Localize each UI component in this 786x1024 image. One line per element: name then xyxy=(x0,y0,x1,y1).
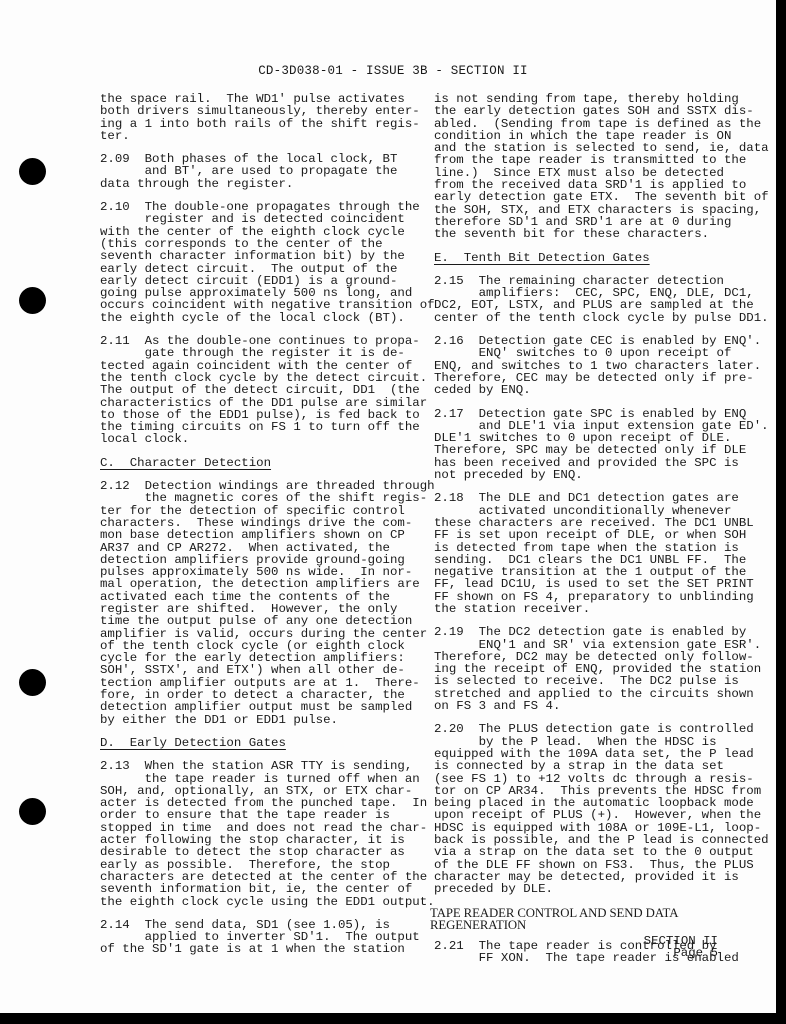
text-line: register and is detected coincident xyxy=(100,213,418,225)
text-line: the station receiver. xyxy=(434,603,756,615)
text-line: (see FS 1) to +12 volts dc through a res… xyxy=(434,773,756,785)
text-line: 2.20 The PLUS detection gate is controll… xyxy=(434,723,756,735)
paragraph-2-09: 2.09 Both phases of the local clock, BT … xyxy=(100,153,418,190)
section-heading: E. Tenth Bit Detection Gates xyxy=(434,252,756,264)
text-line: detection amplifier output must be sampl… xyxy=(100,701,418,713)
paragraph-2-15: 2.15 The remaining character detection a… xyxy=(434,275,756,324)
punch-hole-icon xyxy=(19,798,46,825)
text-line: both drivers simultaneously, thereby ent… xyxy=(100,105,418,117)
text-line: the seventh bit for these characters. xyxy=(434,228,756,240)
section-heading: D. Early Detection Gates xyxy=(100,737,418,749)
text-line: occurs coincident with negative transiti… xyxy=(100,299,418,311)
text-line: the magnetic cores of the shift regis- xyxy=(100,492,418,504)
text-line: mal operation, the detection amplifiers … xyxy=(100,578,418,590)
text-line: local clock. xyxy=(100,433,418,445)
text-line: data through the register. xyxy=(100,178,418,190)
text-line: by either the DD1 or EDD1 pulse. xyxy=(100,714,418,726)
text-line: the early detection gates SOH and SSTX d… xyxy=(434,105,756,117)
paragraph-continued: the space rail. The WD1' pulse activates… xyxy=(100,93,418,142)
text-line: ter. xyxy=(100,130,418,142)
document-page: CD-3D038-01 - ISSUE 3B - SECTION II the … xyxy=(0,0,776,1013)
text-line: ENQ' switches to 0 upon receipt of xyxy=(434,347,756,359)
text-line: on FS 3 and FS 4. xyxy=(434,700,756,712)
right-column: is not sending from tape, thereby holdin… xyxy=(434,93,756,976)
text-line: is detected from tape when the station i… xyxy=(434,542,756,554)
text-line: FF, lead DC1U, is used to set the SET PR… xyxy=(434,578,756,590)
text-line: upon receipt of PLUS (+). However, when … xyxy=(434,809,756,821)
punch-hole-icon xyxy=(19,669,46,696)
text-line: Therefore, SPC may be detected only if D… xyxy=(434,444,756,456)
text-line: is connected by a strap in the data set xyxy=(434,760,756,772)
text-line: the eighth clock cycle using the EDD1 ou… xyxy=(100,896,418,908)
text-line: seventh information bit, ie, the center … xyxy=(100,883,418,895)
text-line: mon base detection amplifiers shown on C… xyxy=(100,529,418,541)
paragraph-continued: is not sending from tape, thereby holdin… xyxy=(434,93,756,241)
footer-page-number: Page 5 xyxy=(644,947,718,959)
left-column: the space rail. The WD1' pulse activates… xyxy=(100,93,418,967)
text-line: characteristics of the DD1 pulse are sim… xyxy=(100,397,418,409)
text-line: ing a 1 into both rails of the shift reg… xyxy=(100,118,418,130)
section-heading-text: TAPE READER CONTROL AND SEND DATA REGENE… xyxy=(430,906,678,932)
paragraph-2-17: 2.17 Detection gate SPC is enabled by EN… xyxy=(434,408,756,482)
text-line: early detection gate ETX. The seventh bi… xyxy=(434,191,756,203)
paragraph-2-18: 2.18 The DLE and DC1 detection gates are… xyxy=(434,492,756,615)
paragraph-2-16: 2.16 Detection gate CEC is enabled by EN… xyxy=(434,335,756,396)
text-line: from the tape reader is transmitted to t… xyxy=(434,154,756,166)
text-line: not preceded by ENQ. xyxy=(434,469,756,481)
text-line: preceded by DLE. xyxy=(434,883,756,895)
section-heading-text: C. Character Detection xyxy=(100,456,271,470)
text-line: 2.17 Detection gate SPC is enabled by EN… xyxy=(434,408,756,420)
text-line: 2.18 The DLE and DC1 detection gates are xyxy=(434,492,756,504)
section-heading: TAPE READER CONTROL AND SEND DATA REGENE… xyxy=(430,907,756,932)
section-heading: C. Character Detection xyxy=(100,457,418,469)
paragraph-2-12: 2.12 Detection windings are threaded thr… xyxy=(100,480,418,726)
punch-hole-icon xyxy=(19,287,46,314)
paragraph-2-13: 2.13 When the station ASR TTY is sending… xyxy=(100,760,418,908)
paragraph-2-19: 2.19 The DC2 detection gate is enabled b… xyxy=(434,626,756,712)
text-line: of the SD'1 gate is at 1 when the statio… xyxy=(100,943,418,955)
punch-hole-icon xyxy=(19,158,46,185)
text-line: seventh character information bit) by th… xyxy=(100,250,418,262)
text-line: the tape reader is turned off when an xyxy=(100,773,418,785)
text-line: SOH', SSTX', and ETX') when all other de… xyxy=(100,664,418,676)
text-line: AR37 and CP AR272. When activated, the xyxy=(100,542,418,554)
text-line: order to ensure that the tape reader is xyxy=(100,809,418,821)
text-line: FF is set upon receipt of DLE, or when S… xyxy=(434,529,756,541)
text-line: time the output pulse of any one detecti… xyxy=(100,615,418,627)
text-line: and BT', are used to propagate the xyxy=(100,165,418,177)
text-line: The output of the detect circuit, DD1 (t… xyxy=(100,384,418,396)
text-line: via a strap on the data set to the 0 out… xyxy=(434,846,756,858)
paragraph-2-14: 2.14 The send data, SD1 (see 1.05), is a… xyxy=(100,919,418,956)
paragraph-2-11: 2.11 As the double-one continues to prop… xyxy=(100,335,418,446)
text-line: center of the tenth clock cycle by pulse… xyxy=(434,312,756,324)
page-header: CD-3D038-01 - ISSUE 3B - SECTION II xyxy=(0,64,786,78)
text-line: 2.13 When the station ASR TTY is sending… xyxy=(100,760,418,772)
section-heading-text: D. Early Detection Gates xyxy=(100,736,286,750)
section-heading-text: E. Tenth Bit Detection Gates xyxy=(434,251,650,265)
paragraph-2-20: 2.20 The PLUS detection gate is controll… xyxy=(434,723,756,895)
text-line: early detect circuit. The output of the xyxy=(100,263,418,275)
text-line: DC2, EOT, LSTX, and PLUS are sampled at … xyxy=(434,299,756,311)
text-line: desirable to detect the stop character a… xyxy=(100,846,418,858)
text-line: gate through the register it is de- xyxy=(100,347,418,359)
text-line: ceded by ENQ. xyxy=(434,384,756,396)
text-line: is selected to receive. The DC2 pulse is xyxy=(434,675,756,687)
text-line: the eighth cycle of the local clock (BT)… xyxy=(100,312,418,324)
page-footer: SECTION II Page 5 xyxy=(644,935,718,959)
text-line: 2.19 The DC2 detection gate is enabled b… xyxy=(434,626,756,638)
paragraph-2-10: 2.10 The double-one propagates through t… xyxy=(100,201,418,324)
